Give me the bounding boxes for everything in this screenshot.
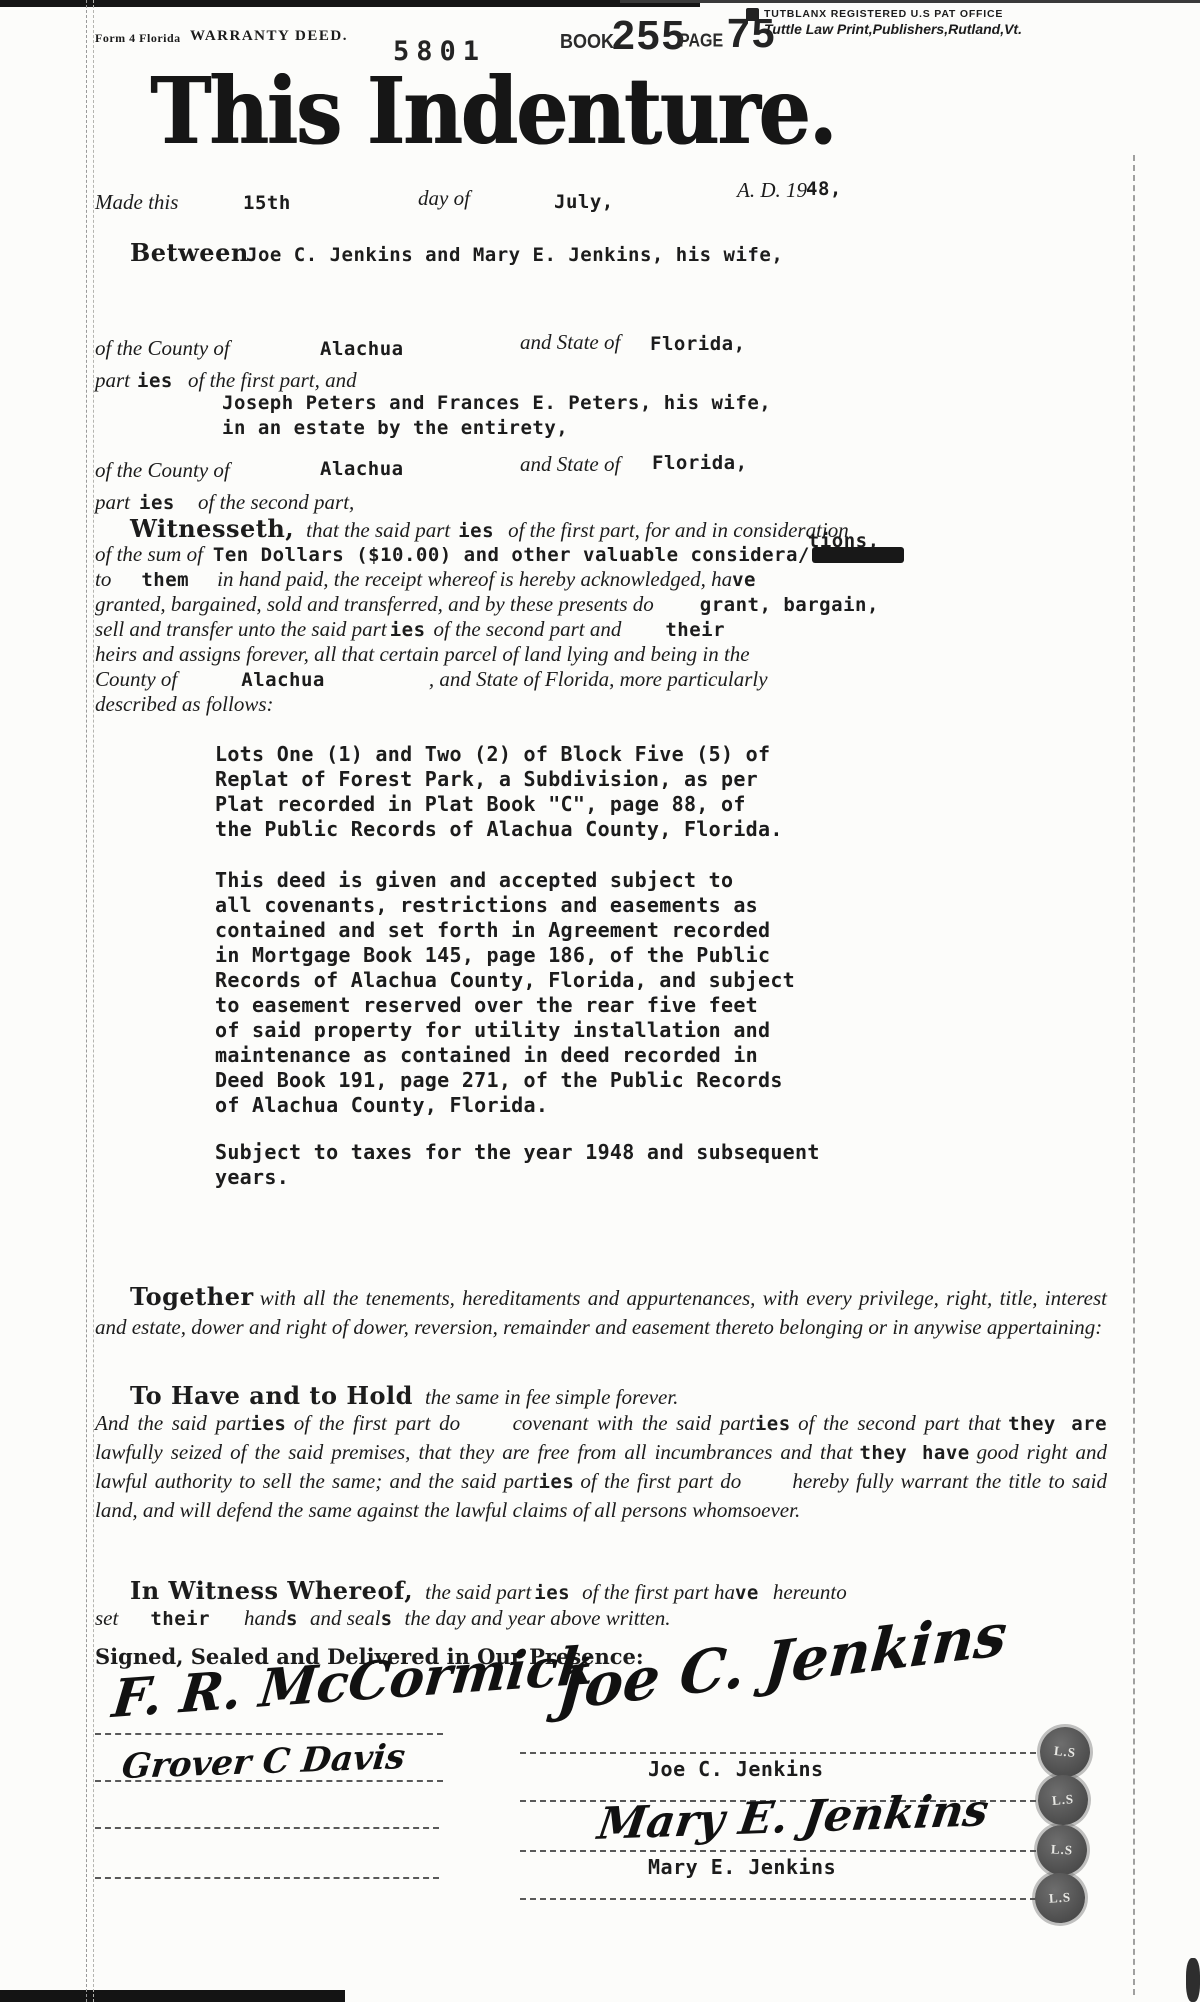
- printed-run: the same in fee simple forever.: [425, 1385, 679, 1409]
- typed-run: ies: [458, 520, 494, 542]
- obliterated-word: tions,: [812, 547, 904, 563]
- printed-run: of the sum of: [95, 542, 203, 566]
- together-label: Together: [130, 1282, 254, 1311]
- witness-whereof-line-1: In Witness Whereof, the said parties of …: [95, 1576, 847, 1605]
- grantor-signature-line-3: [520, 1850, 1036, 1852]
- made-this-label: Made this: [95, 190, 178, 215]
- printer-name-line: TUTBLANX REGISTERED U.S PAT OFFICE: [764, 8, 1003, 20]
- ls-seal-2: L.S: [1036, 1773, 1090, 1827]
- typed-run: ies: [755, 1413, 791, 1435]
- second-party-rest-label: of the second part,: [198, 490, 354, 515]
- between-label: Between: [130, 238, 249, 267]
- printed-run: set: [95, 1606, 118, 1630]
- typed-run: ve: [732, 569, 756, 591]
- witnesseth-line-8: described as follows:: [95, 692, 274, 717]
- printed-run: of the second part and: [434, 617, 622, 641]
- printed-run: of the first part, for and in considerat…: [508, 518, 849, 542]
- first-party-county-value: Alachua: [320, 338, 404, 360]
- grantee-names: Joseph Peters and Frances E. Peters, his…: [222, 392, 771, 414]
- printed-run: the said part: [425, 1580, 531, 1604]
- deed-type-label: WARRANTY DEED.: [190, 28, 348, 45]
- witnesseth-line-2: of the sum of Ten Dollars ($10.00) and o…: [95, 542, 904, 567]
- typed-run: s: [286, 1608, 298, 1630]
- typed-run: their: [150, 1608, 210, 1630]
- printer-logo-icon: [746, 8, 759, 21]
- month-value: July,: [554, 191, 614, 213]
- first-party-ies-typed: ies: [137, 370, 173, 392]
- printed-run: covenant with the said part: [513, 1411, 755, 1435]
- ls-seal-label: L.S: [1048, 1889, 1071, 1907]
- ls-seal-1: L.S: [1038, 1725, 1093, 1780]
- typed-run: ies: [390, 619, 426, 641]
- ad-year-label: A. D. 19: [737, 178, 807, 203]
- grantor-names: Joe C. Jenkins and Mary E. Jenkins, his …: [246, 244, 783, 266]
- first-party-rest-label: of the first part, and: [188, 368, 357, 393]
- typed-run: them: [141, 569, 189, 591]
- witnesseth-label: Witnesseth,: [130, 514, 294, 543]
- legal-description-covenants: This deed is given and accepted subject …: [215, 868, 795, 1118]
- left-binding-rule-2: [93, 0, 94, 2002]
- corner-blob-artifact: [1186, 1958, 1200, 2002]
- legal-description-lots: Lots One (1) and Two (2) of Block Five (…: [215, 742, 783, 842]
- printed-run: of the first part do: [294, 1411, 460, 1435]
- witness-signature-line-4: [95, 1877, 439, 1879]
- habendum-line: To Have and to Hold the same in fee simp…: [95, 1381, 678, 1410]
- printed-run: sell and transfer unto the said part: [95, 617, 387, 641]
- witness-signature-line-1: [95, 1733, 443, 1735]
- second-party-state-value: Florida,: [652, 452, 748, 474]
- top-edge-artifact: [0, 0, 700, 7]
- printed-run: , and State of Florida, more particularl…: [429, 667, 768, 691]
- top-edge-thin-artifact: [620, 0, 1200, 3]
- book-number-stamp: 255: [612, 12, 686, 59]
- second-party-part-label: part: [95, 490, 130, 515]
- day-of-label: day of: [418, 186, 470, 211]
- printed-run: in hand paid, the receipt whereof is her…: [217, 567, 732, 591]
- printed-run: to: [95, 567, 111, 591]
- day-value: 15th: [243, 192, 291, 214]
- book-label-stamp: BOOK: [560, 29, 614, 53]
- printed-run: of the second part that: [798, 1411, 1001, 1435]
- form-number-label: Form 4 Florida: [95, 31, 181, 46]
- page-label-stamp: PAGE: [679, 32, 723, 53]
- witness-signature-line-2: [95, 1780, 443, 1782]
- covenant-paragraph: And the said parties of the first part d…: [95, 1410, 1107, 1526]
- typed-run: ies: [538, 1471, 574, 1493]
- left-binding-rule: [86, 0, 87, 2002]
- witnesseth-line-3: to them in hand paid, the receipt whereo…: [95, 567, 756, 592]
- second-party-ies-typed: ies: [139, 492, 175, 514]
- second-party-of-county-label: of the County of: [95, 458, 230, 483]
- warranty-deed-page: Form 4 Florida WARRANTY DEED. 5801 BOOK …: [0, 0, 1200, 2002]
- typed-run: their: [665, 619, 725, 641]
- witnesseth-line-7: County of Alachua , and State of Florida…: [95, 667, 768, 692]
- typed-run: ies: [250, 1413, 286, 1435]
- typed-run: grant, bargain,: [700, 594, 879, 616]
- typed-run: ies: [534, 1582, 570, 1604]
- printed-run: and seal: [310, 1606, 381, 1630]
- bottom-edge-artifact: [0, 1990, 345, 2002]
- in-witness-whereof-label: In Witness Whereof,: [130, 1576, 413, 1605]
- ls-seal-label: L.S: [1051, 1841, 1074, 1858]
- grantor2-signature: Mary E. Jenkins: [595, 1785, 992, 1850]
- second-party-and-state-label: and State of: [520, 452, 620, 477]
- grantor2-typed-name: Mary E. Jenkins: [648, 1855, 836, 1879]
- together-clause: Together with all the tenements, heredit…: [95, 1283, 1107, 1343]
- printed-run: of the first part ha: [582, 1580, 735, 1604]
- witnesseth-line-1: Witnesseth, that the said part ies of th…: [95, 514, 849, 543]
- ls-seal-4: L.S: [1033, 1871, 1086, 1924]
- first-party-state-value: Florida,: [650, 333, 746, 355]
- consideration-typed: Ten Dollars ($10.00) and other valuable …: [213, 544, 810, 566]
- typed-run: ve: [735, 1582, 759, 1604]
- grantee-estate-clause: in an estate by the entirety,: [222, 417, 568, 439]
- witnesseth-line-4: granted, bargained, sold and transferred…: [95, 592, 879, 617]
- printed-run: of the first part do: [580, 1469, 741, 1493]
- typed-run: s: [381, 1608, 393, 1630]
- first-party-part-label: part: [95, 368, 130, 393]
- grantor-signature-line-4: [520, 1898, 1036, 1900]
- to-have-and-to-hold-label: To Have and to Hold: [130, 1381, 413, 1410]
- witness-signature-line-3: [95, 1827, 439, 1829]
- printed-run: granted, bargained, sold and transferred…: [95, 592, 654, 616]
- witness-whereof-line-2: set their hands and seals the day and ye…: [95, 1606, 670, 1631]
- printed-run: lawfully seized of the said premises, th…: [95, 1440, 853, 1464]
- legal-description-taxes: Subject to taxes for the year 1948 and s…: [215, 1140, 820, 1190]
- printed-run: And the said part: [95, 1411, 250, 1435]
- overtyped-correction: tions,: [808, 530, 880, 552]
- printer-address-line: Tuttle Law Print,Publishers,Rutland,Vt.: [764, 21, 1022, 37]
- ls-seal-label: L.S: [1051, 1791, 1074, 1809]
- right-margin-rule: [1133, 155, 1135, 1995]
- printed-run: County of: [95, 667, 177, 691]
- grantor1-typed-name: Joe C. Jenkins: [648, 1757, 824, 1781]
- document-title: This Indenture.: [150, 58, 835, 166]
- typed-run: they have: [859, 1442, 969, 1464]
- witnesseth-line-6: heirs and assigns forever, all that cert…: [95, 642, 750, 667]
- second-party-county-value: Alachua: [320, 458, 404, 480]
- typed-run: Alachua: [241, 669, 325, 691]
- year-value: 48,: [806, 178, 842, 200]
- printed-run: hand: [244, 1606, 286, 1630]
- grantor-signature-line-1: [520, 1752, 1036, 1754]
- first-party-of-county-label: of the County of: [95, 336, 230, 361]
- typed-run: they are: [1008, 1413, 1107, 1435]
- ls-seal-3: L.S: [1036, 1824, 1089, 1877]
- witnesseth-line-5: sell and transfer unto the said partieso…: [95, 617, 725, 642]
- first-party-and-state-label: and State of: [520, 330, 620, 355]
- ls-seal-label: L.S: [1053, 1743, 1077, 1761]
- printed-run: the day and year above written.: [405, 1606, 671, 1630]
- printed-run: that the said part: [306, 518, 450, 542]
- printed-run: hereunto: [773, 1580, 847, 1604]
